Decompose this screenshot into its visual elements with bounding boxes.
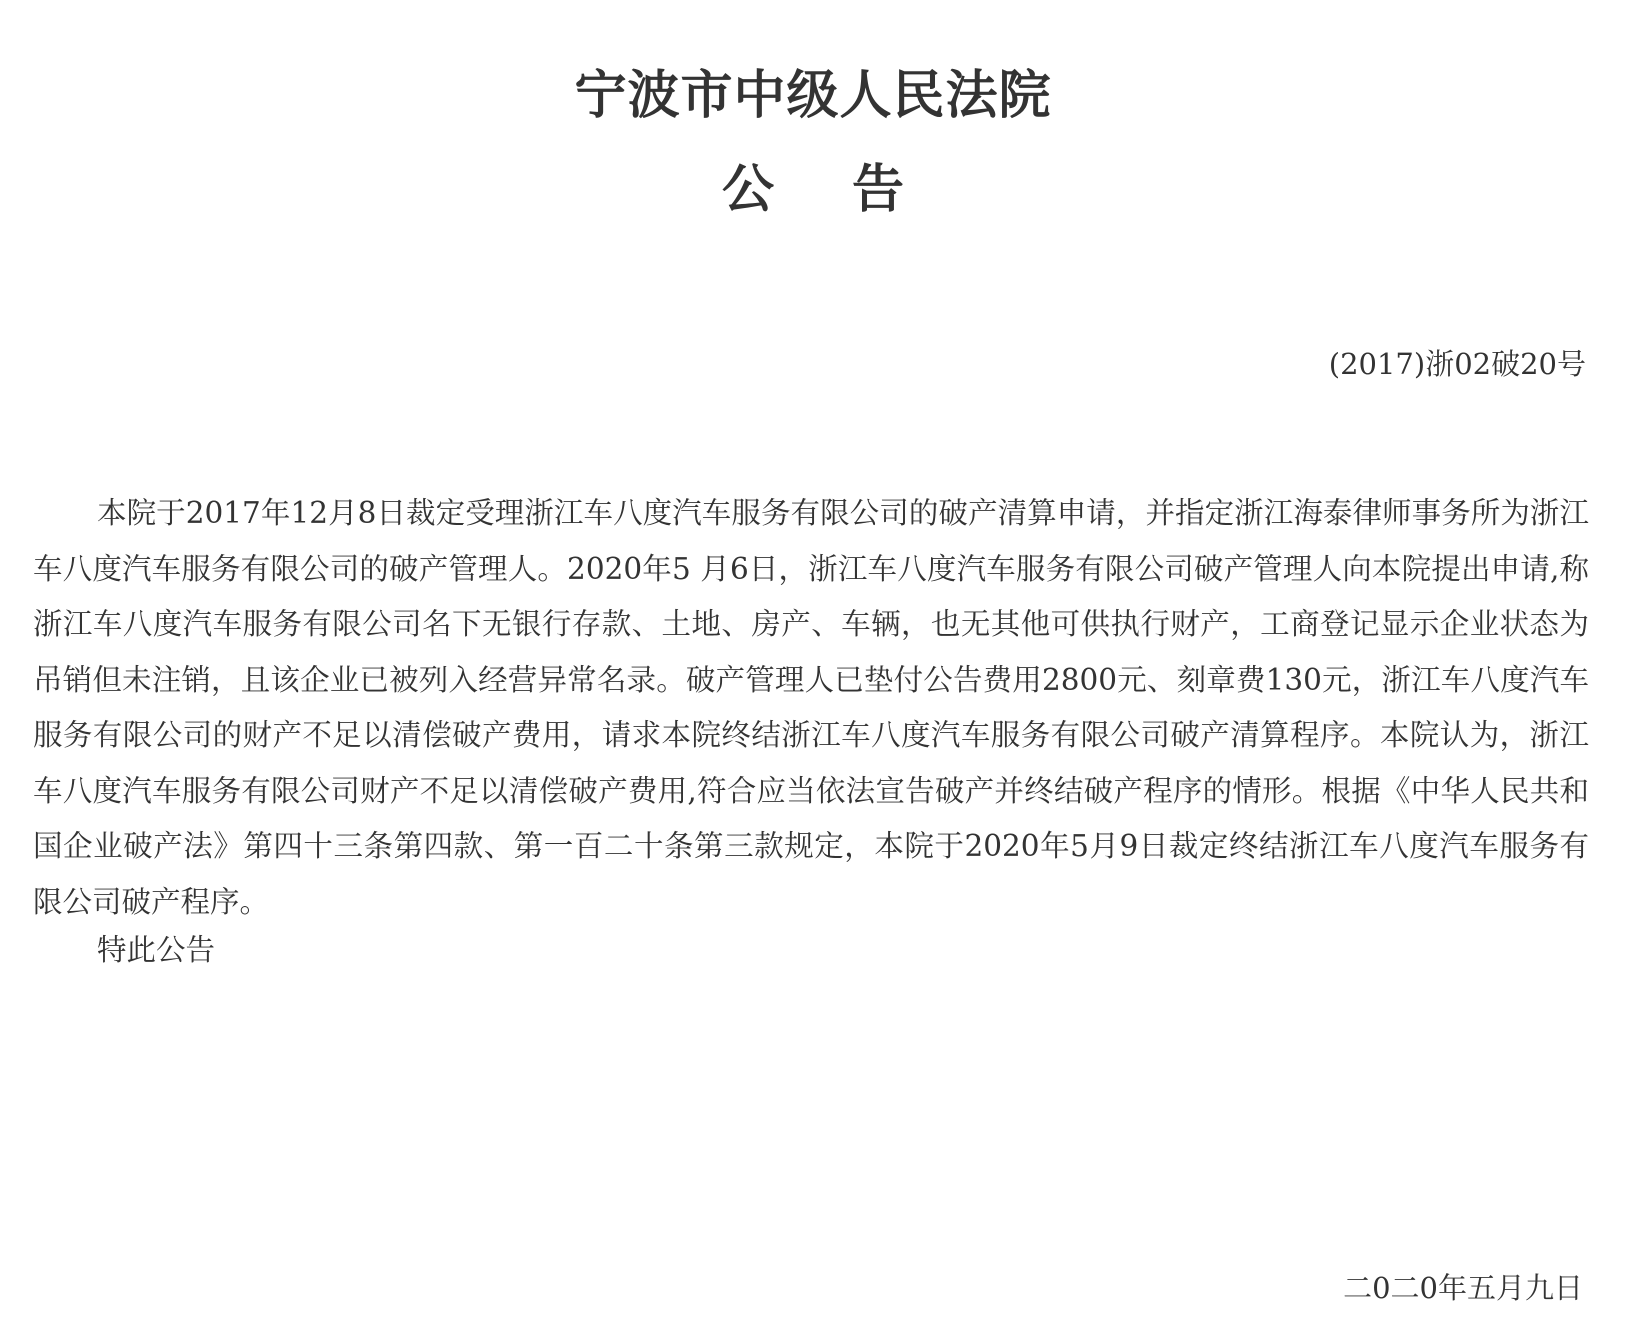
closing-statement: 特此公告	[97, 930, 215, 970]
issue-date: 二0二0年五月九日	[1343, 1268, 1583, 1308]
notice-title: 公 告	[0, 160, 1626, 220]
case-number: (2017)浙02破20号	[1329, 346, 1586, 382]
court-name-heading: 宁波市中级人民法院	[0, 66, 1626, 126]
notice-body-paragraph: 本院于2017年12月8日裁定受理浙江车八度汽车服务有限公司的破产清算申请，并指…	[33, 486, 1589, 930]
